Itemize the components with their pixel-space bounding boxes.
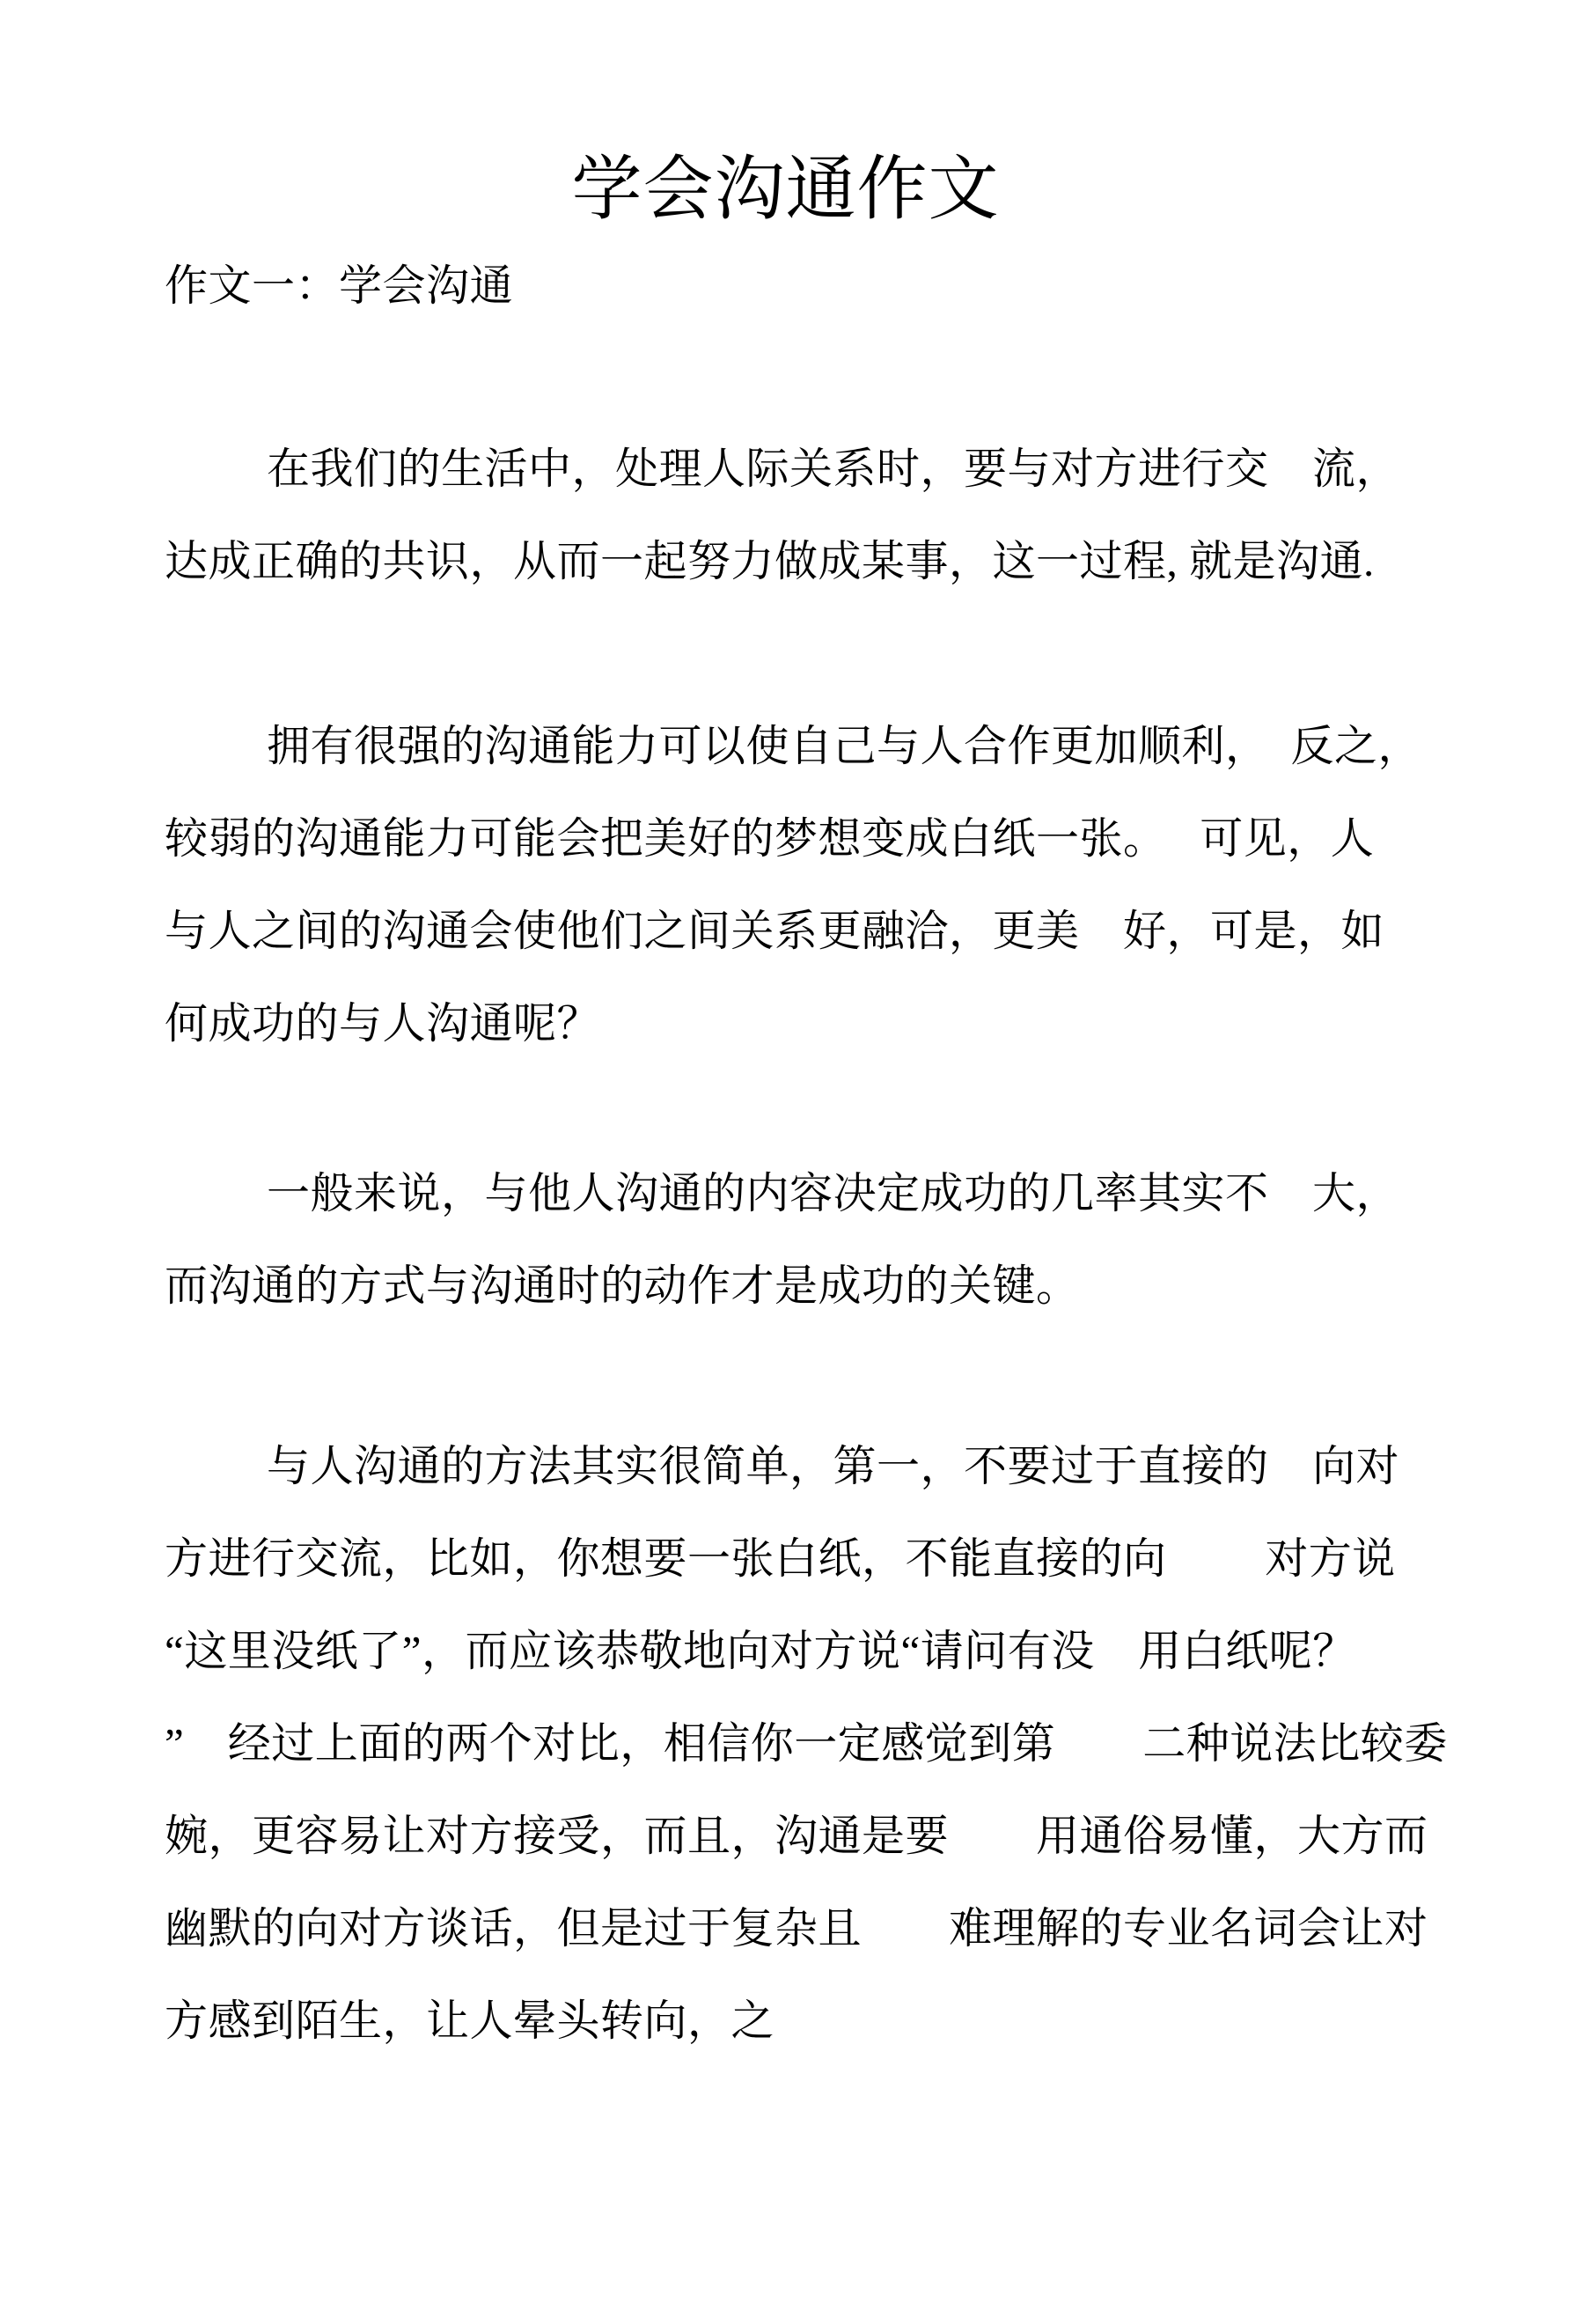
text-line: 何成功的与人沟通呢？ [165, 977, 1458, 1070]
text-line: 方进行交流，比如，你想要一张白纸，不能直接的向 对方说 [165, 1512, 1458, 1605]
text-line: 一般来说，与他人沟通的内容决定成功的几率其实不 大， [165, 1147, 1458, 1239]
text-line: 与人沟通的方法其实很简单，第一，不要过于直接的 向对 [165, 1420, 1458, 1512]
text-line: 拥有很强的沟通能力可以使自己与人合作更加顺利， 反之， [165, 700, 1458, 792]
text-line: ” 经过上面的两个对比，相信你一定感觉到第 二种说法比较委 [165, 1697, 1458, 1790]
paragraph-4: 与人沟通的方法其实很简单，第一，不要过于直接的 向对 方进行交流，比如，你想要一… [165, 1420, 1458, 2067]
text-line: 婉，更容易让对方接受，而且，沟通是要 用通俗易懂，大方而 [165, 1790, 1458, 1882]
text-line: 而沟通的方式与沟通时的动作才是成功的关键。 [165, 1239, 1458, 1332]
essay-heading: 作文一：学会沟通 [165, 259, 513, 313]
text-line: 方感到陌生，让人晕头转向，之 [165, 1975, 1458, 2067]
page-title: 学会沟通作文 [0, 148, 1571, 232]
essay-body: 在我们的生活中，处理人际关系时，要与对方进行交 流， 达成正确的共识，从而一起努… [165, 423, 1458, 2067]
text-line: 幽默的向对方谈话，但是过于复杂且 难理解的专业名词会让对 [165, 1882, 1458, 1975]
paragraph-3: 一般来说，与他人沟通的内容决定成功的几率其实不 大， 而沟通的方式与沟通时的动作… [165, 1147, 1458, 1332]
paragraph-1: 在我们的生活中，处理人际关系时，要与对方进行交 流， 达成正确的共识，从而一起努… [165, 423, 1458, 607]
text-line: 与人之间的沟通会使他们之间关系更融洽，更美 好，可是，如 [165, 885, 1458, 977]
document-page: 学会沟通作文 作文一：学会沟通 在我们的生活中，处理人际关系时，要与对方进行交 … [0, 0, 1571, 2324]
text-line: 较弱的沟通能力可能会把美好的梦想变成白纸一张。 可见，人 [165, 792, 1458, 885]
text-line: 达成正确的共识，从而一起努力做成某事，这一过程, 就是沟通. [165, 515, 1458, 607]
text-line: “这里没纸了”，而应该恭敬地向对方说“请问有没 用白纸呢？ [165, 1605, 1458, 1697]
paragraph-2: 拥有很强的沟通能力可以使自己与人合作更加顺利， 反之， 较弱的沟通能力可能会把美… [165, 700, 1458, 1070]
text-line: 在我们的生活中，处理人际关系时，要与对方进行交 流， [165, 423, 1458, 515]
